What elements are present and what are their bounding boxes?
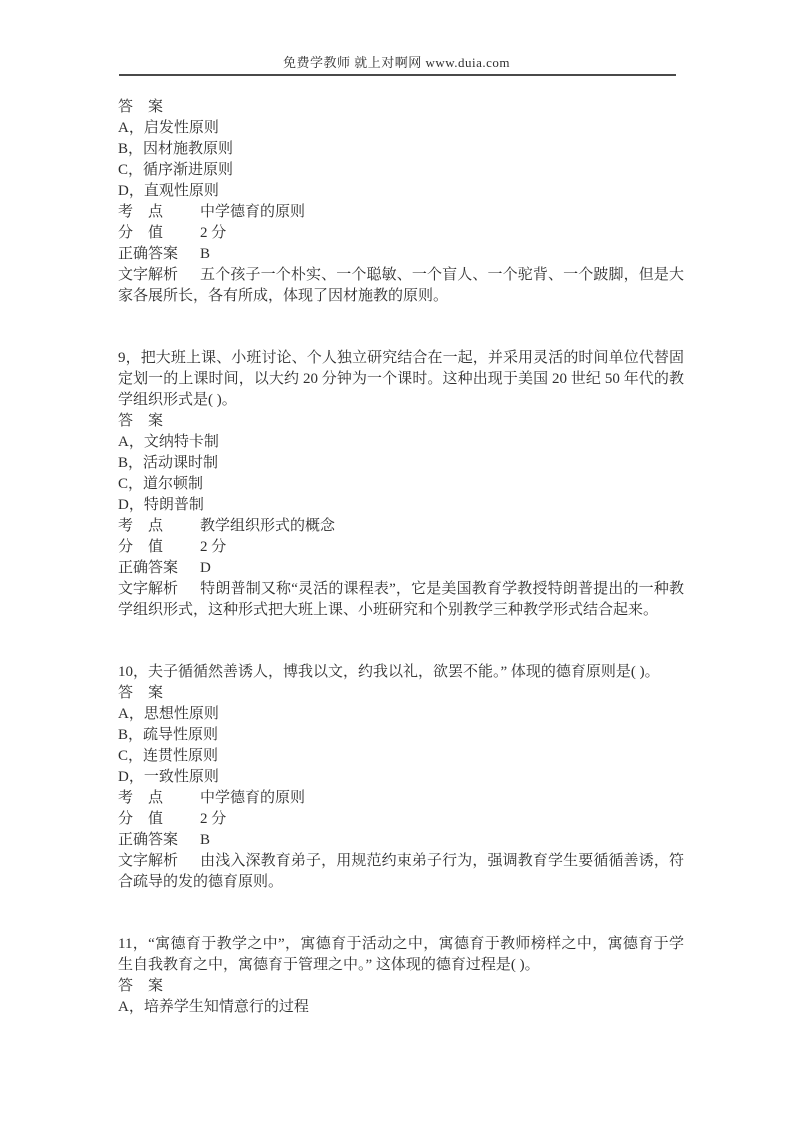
meta-value: 中学德育的原则 xyxy=(200,204,305,220)
option-item: B，疏导性原则 xyxy=(118,725,684,746)
analysis-row: 文字解析五个孩子一个朴实、一个聪敏、一个盲人、一个驼背、一个跛脚，但是大家各展所… xyxy=(118,265,684,307)
option-item: C，循序渐进原则 xyxy=(118,160,684,181)
header-rule xyxy=(119,74,676,76)
meta-label: 分 值 xyxy=(118,809,200,830)
option-item: B，因材施教原则 xyxy=(118,139,684,160)
meta-value: 2 分 xyxy=(200,811,226,827)
meta-value: D xyxy=(200,560,211,576)
meta-value: 教学组织形式的概念 xyxy=(200,518,335,534)
analysis-row: 文字解析特朗普制又称“灵活的课程表”，它是美国教育学教授特朗普提出的一种教学组织… xyxy=(118,579,684,621)
analysis-row: 文字解析由浅入深教育弟子，用规范约束弟子行为，强调教育学生要循循善诱，符合疏导的… xyxy=(118,851,684,893)
option-item: D，一致性原则 xyxy=(118,767,684,788)
score-row: 分 值2 分 xyxy=(118,223,684,244)
option-item: A，文纳特卡制 xyxy=(118,432,684,453)
option-item: B，活动课时制 xyxy=(118,453,684,474)
score-row: 分 值2 分 xyxy=(118,809,684,830)
meta-label: 分 值 xyxy=(118,537,200,558)
analysis-text: 特朗普制又称“灵活的课程表”，它是美国教育学教授特朗普提出的一种教学组织形式，这… xyxy=(118,581,684,618)
answer-label: 答 案 xyxy=(118,976,684,997)
option-item: D，直观性原则 xyxy=(118,181,684,202)
correct-answer-row: 正确答案D xyxy=(118,558,684,579)
analysis-text: 五个孩子一个朴实、一个聪敏、一个盲人、一个驼背、一个跛脚，但是大家各展所长，各有… xyxy=(118,267,684,304)
exam-point-row: 考 点中学德育的原则 xyxy=(118,202,684,223)
exam-point-row: 考 点中学德育的原则 xyxy=(118,788,684,809)
answer-label: 答 案 xyxy=(118,683,684,704)
meta-label: 分 值 xyxy=(118,223,200,244)
question-text: 10，夫子循循然善诱人，博我以文，约我以礼，欲罢不能。” 体现的德育原则是( )… xyxy=(118,662,684,683)
analysis-label: 文字解析 xyxy=(118,851,200,872)
score-row: 分 值2 分 xyxy=(118,537,684,558)
document-body: 答 案 A，启发性原则 B，因材施教原则 C，循序渐进原则 D，直观性原则 考 … xyxy=(118,97,684,1018)
option-item: C，道尔顿制 xyxy=(118,474,684,495)
meta-value: 中学德育的原则 xyxy=(200,790,305,806)
option-item: D，特朗普制 xyxy=(118,495,684,516)
exam-point-row: 考 点教学组织形式的概念 xyxy=(118,516,684,537)
correct-answer-row: 正确答案B xyxy=(118,244,684,265)
analysis-text: 由浅入深教育弟子，用规范约束弟子行为，强调教育学生要循循善诱，符合疏导的发的德育… xyxy=(118,853,684,890)
meta-value: B xyxy=(200,246,210,262)
question-text: 11，“寓德育于教学之中”，寓德育于活动之中，寓德育于教师榜样之中，寓德育于学生… xyxy=(118,934,684,976)
meta-label: 正确答案 xyxy=(118,558,200,579)
meta-label: 正确答案 xyxy=(118,830,200,851)
answer-label: 答 案 xyxy=(118,97,684,118)
analysis-label: 文字解析 xyxy=(118,265,200,286)
question-block-9: 9，把大班上课、小班讨论、个人独立研究结合在一起，并采用灵活的时间单位代替固定划… xyxy=(118,348,684,621)
question-block-8: 答 案 A，启发性原则 B，因材施教原则 C，循序渐进原则 D，直观性原则 考 … xyxy=(118,97,684,307)
meta-value: 2 分 xyxy=(200,225,226,241)
meta-value: B xyxy=(200,832,210,848)
meta-value: 2 分 xyxy=(200,539,226,555)
option-item: C，连贯性原则 xyxy=(118,746,684,767)
option-item: A，思想性原则 xyxy=(118,704,684,725)
question-block-10: 10，夫子循循然善诱人，博我以文，约我以礼，欲罢不能。” 体现的德育原则是( )… xyxy=(118,662,684,893)
option-item: A，启发性原则 xyxy=(118,118,684,139)
meta-label: 考 点 xyxy=(118,516,200,537)
question-block-11: 11，“寓德育于教学之中”，寓德育于活动之中，寓德育于教师榜样之中，寓德育于学生… xyxy=(118,934,684,1018)
meta-label: 考 点 xyxy=(118,202,200,223)
correct-answer-row: 正确答案B xyxy=(118,830,684,851)
question-text: 9，把大班上课、小班讨论、个人独立研究结合在一起，并采用灵活的时间单位代替固定划… xyxy=(118,348,684,411)
answer-label: 答 案 xyxy=(118,411,684,432)
option-item: A，培养学生知情意行的过程 xyxy=(118,997,684,1018)
meta-label: 正确答案 xyxy=(118,244,200,265)
analysis-label: 文字解析 xyxy=(118,579,200,600)
header-slogan: 免费学教师 就上对啊网 www.duia.com xyxy=(0,52,793,71)
meta-label: 考 点 xyxy=(118,788,200,809)
